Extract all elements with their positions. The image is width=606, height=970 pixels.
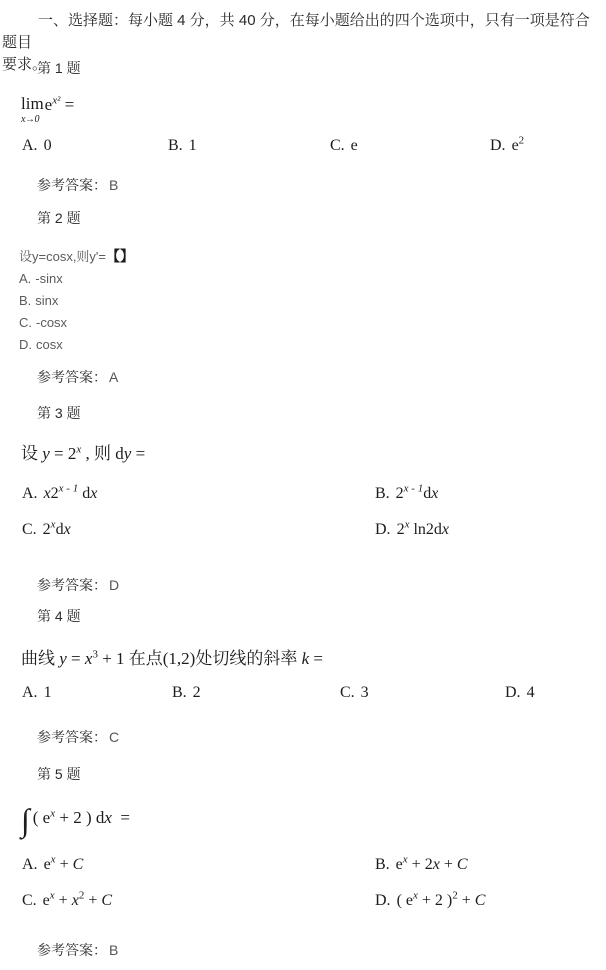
answer-label: 参考答案： [37, 942, 107, 958]
option-label: D. [375, 521, 391, 538]
question-1-title: 第 1 题 [37, 58, 81, 78]
option-label: D. [490, 137, 506, 154]
exam-document: 一、选择题：每小题 4 分，共 40 分，在每小题给出的四个选项中，只有一项是符… [0, 0, 606, 970]
question-3-answer: 参考答案：D [37, 575, 119, 595]
question-4-stem: 曲线 y = x3 + 1 在点(1,2)处切线的斜率 k = [21, 648, 323, 670]
answer-value: C [109, 729, 119, 745]
answer-value: B [109, 177, 118, 193]
question-4-answer: 参考答案：C [37, 727, 119, 747]
option-text: cosx [36, 337, 63, 352]
option-label: C. [19, 315, 32, 330]
question-1-option-c: C.e [330, 137, 358, 155]
answer-label: 参考答案： [37, 177, 107, 193]
option-label: B. [172, 684, 187, 701]
question-4-option-b: B.2 [172, 684, 201, 702]
question-5-answer: 参考答案：B [37, 940, 118, 960]
question-4-option-c: C.3 [340, 684, 369, 702]
question-2-option-b: B.sinx [19, 293, 58, 308]
option-label: B. [375, 856, 390, 873]
section-header-line1: 一、选择题：每小题 4 分，共 40 分，在每小题给出的四个选项中，只有一项是符… [2, 10, 604, 54]
question-3-title: 第 3 题 [37, 403, 81, 423]
section-header-line2: 要求。 [2, 54, 604, 76]
option-label: B. [19, 293, 31, 308]
question-5-option-d: D.( ex + 2 )2 + C [375, 892, 485, 910]
option-label: C. [22, 521, 37, 538]
option-formula: x2x - 1 dx [44, 485, 98, 502]
question-1-option-d: D.e2 [490, 137, 524, 155]
question-2-stem: 设y=cosx,则y'=【】 [19, 246, 134, 266]
option-label: D. [375, 892, 391, 909]
option-label: D. [19, 337, 32, 352]
answer-value: B [109, 942, 118, 958]
question-3-stem: 设 y = 2x , 则 dy = [21, 443, 145, 465]
option-label: C. [22, 892, 37, 909]
answer-value: D [109, 577, 119, 593]
question-4-option-a: A.1 [22, 684, 52, 702]
question-5-option-a: A.ex + C [22, 856, 83, 874]
question-2-title: 第 2 题 [37, 208, 81, 228]
question-5-option-c: C.ex + x2 + C [22, 892, 112, 910]
option-formula: e [351, 137, 358, 154]
option-formula: 4 [527, 684, 535, 701]
answer-label: 参考答案： [37, 369, 107, 385]
question-4-title: 第 4 题 [37, 606, 81, 626]
option-label: A. [22, 684, 38, 701]
option-formula: 1 [44, 684, 52, 701]
option-formula: e2 [512, 137, 525, 154]
question-2-option-d: D.cosx [19, 337, 63, 352]
option-formula: ex + 2x + C [396, 856, 468, 873]
question-2-option-c: C.-cosx [19, 315, 67, 330]
question-3-option-b: B.2x - 1dx [375, 485, 438, 503]
option-formula: 3 [361, 684, 369, 701]
option-formula: ( ex + 2 )2 + C [397, 892, 486, 909]
option-text: -cosx [36, 315, 67, 330]
option-text: sinx [35, 293, 58, 308]
answer-label: 参考答案： [37, 577, 107, 593]
option-formula: ex + x2 + C [43, 892, 112, 909]
option-label: A. [22, 856, 38, 873]
question-3-option-c: C.2xdx [22, 521, 71, 539]
question-1-option-b: B.1 [168, 137, 197, 155]
option-formula: ex + C [44, 856, 84, 873]
answer-label: 参考答案： [37, 729, 107, 745]
question-2-answer: 参考答案：A [37, 367, 118, 387]
option-formula: 1 [189, 137, 197, 154]
option-label: C. [340, 684, 355, 701]
option-label: D. [505, 684, 521, 701]
option-label: A. [19, 271, 31, 286]
option-label: B. [168, 137, 183, 154]
question-1-stem: limx→0ex² = [21, 94, 74, 125]
option-formula: 2 [193, 684, 201, 701]
option-label: A. [22, 485, 38, 502]
option-formula: 2x - 1dx [396, 485, 439, 502]
option-formula: 2xdx [43, 521, 71, 538]
question-2-stem-text: 设y=cosx,则y'= [19, 249, 106, 264]
question-3-option-d: D.2x ln2dx [375, 521, 449, 539]
option-label: C. [330, 137, 345, 154]
option-formula: 2x ln2dx [397, 521, 449, 538]
question-5-option-b: B.ex + 2x + C [375, 856, 468, 874]
question-5-stem: ∫( ex + 2 ) dx = [21, 800, 130, 836]
question-1-answer: 参考答案：B [37, 175, 118, 195]
option-label: B. [375, 485, 390, 502]
option-text: -sinx [35, 271, 62, 286]
option-label: A. [22, 137, 38, 154]
question-2-answer-bracket: 【】 [106, 248, 134, 264]
answer-value: A [109, 369, 118, 385]
question-4-option-d: D.4 [505, 684, 535, 702]
question-3-option-a: A.x2x - 1 dx [22, 485, 97, 503]
section-header: 一、选择题：每小题 4 分，共 40 分，在每小题给出的四个选项中，只有一项是符… [2, 10, 604, 76]
question-2-option-a: A.-sinx [19, 271, 63, 286]
option-formula: 0 [44, 137, 52, 154]
question-1-option-a: A.0 [22, 137, 52, 155]
question-5-title: 第 5 题 [37, 764, 81, 784]
